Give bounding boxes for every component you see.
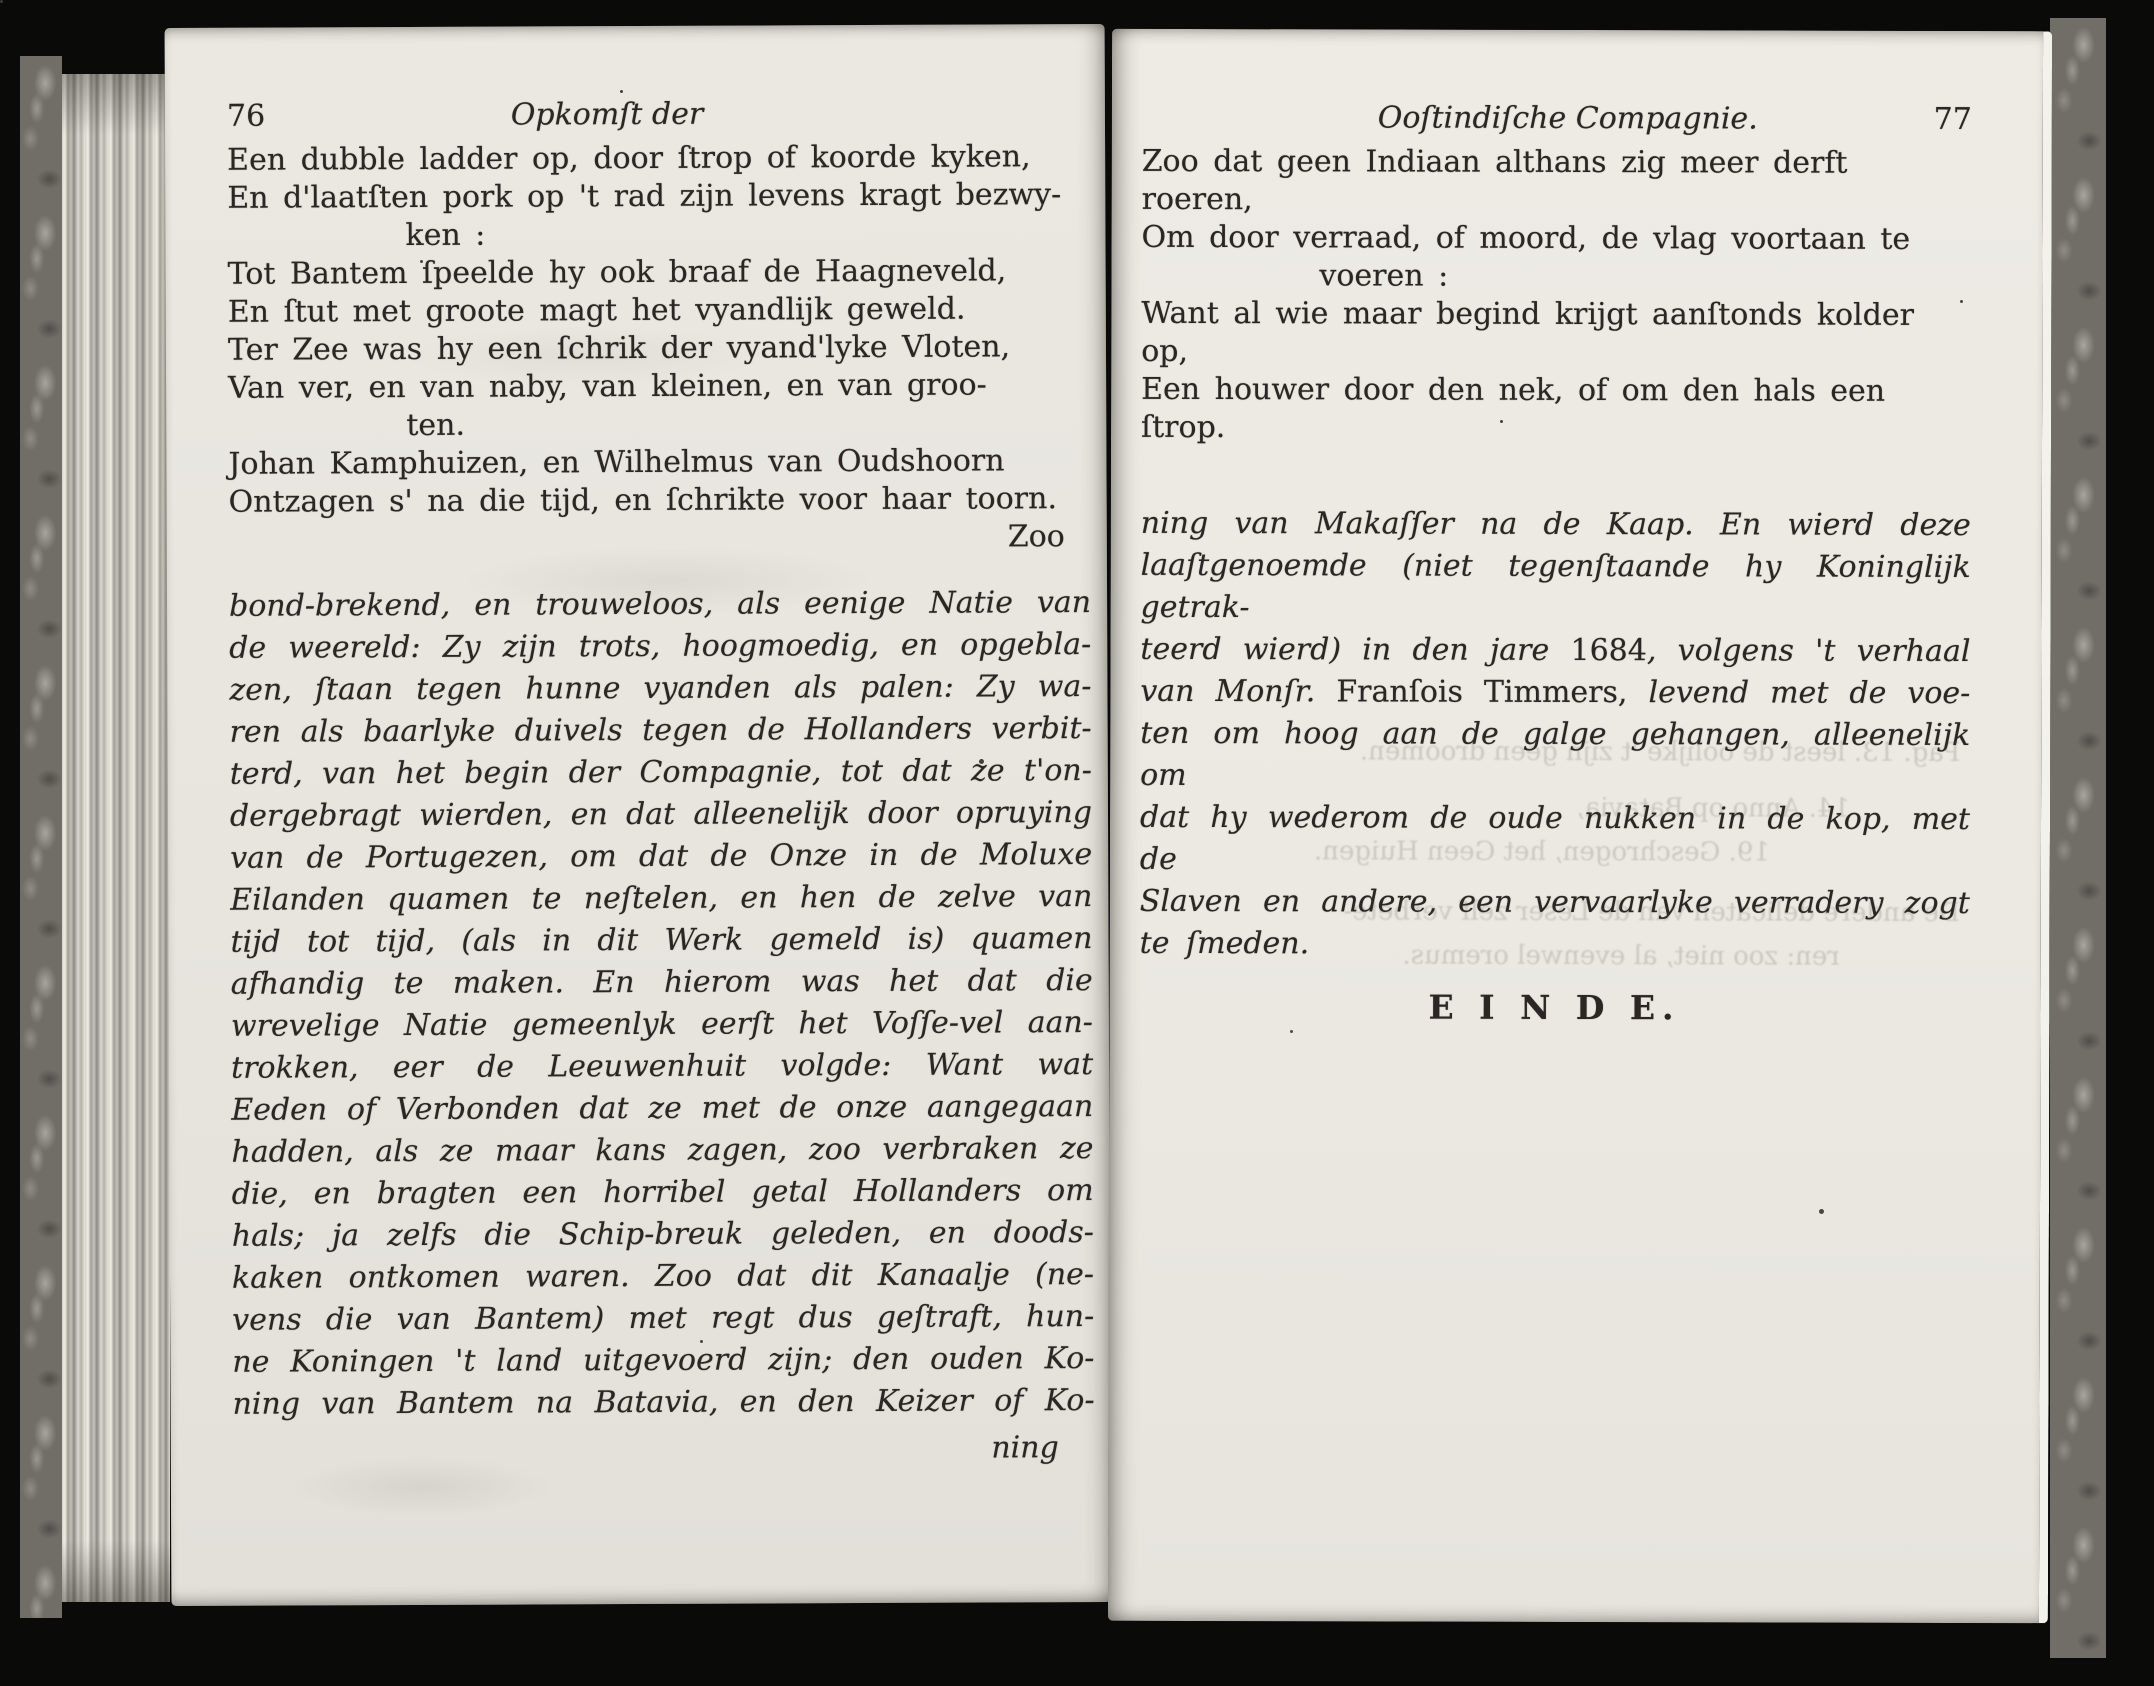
poem-line: ten.	[228, 404, 1090, 446]
dust-specks	[0, 0, 3, 3]
paragraph-line: ne Koningen 't land uitgevoerd zijn; den…	[232, 1338, 1094, 1384]
header-spacer	[949, 122, 1089, 123]
poem-line: Zoo	[229, 518, 1091, 560]
paragraph-line: hals; ja zelfs die Schip-breuk geleden, …	[232, 1212, 1094, 1258]
text-segment: , volgens 't verhaal	[1647, 633, 1971, 669]
poem-line: Om door verraad, of moord, de vlag voort…	[1141, 219, 1971, 259]
poem-line: Zoo dat geen Indiaan althans zig meer de…	[1142, 143, 1972, 221]
poem-line: Johan Kamphuizen, en Wilhelmus van Oudsh…	[228, 442, 1090, 484]
paragraph-line: teerd wierd) in den jare 1684, volgens '…	[1140, 629, 1970, 673]
paragraph-line: kaken ontkomen waren. Zoo dat dit Kanaal…	[232, 1254, 1094, 1300]
text-segment: Franſois Timmers,	[1336, 674, 1648, 710]
paragraph-line: die, en bragten een horribel getal Holla…	[232, 1170, 1094, 1216]
end-mark: E I N D E.	[1139, 987, 1969, 1028]
left-page-header: 76 Opkomſt der	[227, 96, 1089, 134]
poem-line: Een dubble ladder op, door ſtrop of koor…	[227, 138, 1089, 180]
marbled-cover-edge-left	[20, 56, 62, 1618]
paragraph-line: de weereld: Zy zijn trots, hoogmoedig, e…	[229, 624, 1091, 670]
right-running-title: Ooſtindiſche Compagnie.	[1202, 101, 1934, 137]
poem-line: Tot Bantem ſpeelde hy ook braaf de Haagn…	[228, 252, 1090, 294]
marbled-cover-edge-right	[2050, 18, 2106, 1658]
text-segment: teerd wierd) in den jare	[1140, 632, 1570, 668]
bleedthrough-ghost-text: Pag. 13. leest de oolijke 't zijn geen d…	[1150, 729, 1961, 979]
poem-line: En d'laatſten pork op 't rad zijn levens…	[227, 176, 1089, 218]
paragraph-line: ning van Makaſſer na de Kaap. En wierd d…	[1141, 503, 1971, 547]
poem-line: Een houwer door den nek, of om den hals …	[1141, 371, 1971, 449]
poem-line: Want al wie maar begind krijgt aanſtonds…	[1141, 295, 1971, 373]
paragraph-line: vens die van Bantem) met regt dus geſtra…	[232, 1296, 1094, 1342]
ghost-line: 19. Geschrogen, het Geen Huigen.	[1150, 829, 1960, 875]
right-poem: Zoo dat geen Indiaan althans zig meer de…	[1141, 143, 1972, 449]
paragraph-line: wrevelige Natie gemeenlyk eerſt het Voſſ…	[231, 1002, 1093, 1048]
ghost-line: Pag. 13. leest de oolijke 't zijn geen d…	[1150, 729, 1960, 775]
text-segment: 1684	[1570, 633, 1646, 668]
paragraph-line: tijd tot tijd, (als in dit Werk gemeld i…	[230, 918, 1092, 964]
poem-line: En ſtut met groote magt het vyandlijk ge…	[228, 290, 1090, 332]
poem-line: ken :	[227, 214, 1089, 256]
page-fan-edges	[62, 74, 170, 1602]
paragraph-line: ning van Bantem na Batavia, en den Keize…	[232, 1380, 1094, 1426]
paragraph-line: Eilanden quamen te neſtelen, en hen de z…	[230, 876, 1092, 922]
paragraph-line: Eeden of Verbonden dat ze met de onze aa…	[231, 1086, 1093, 1132]
left-paragraph: bond-brekend, en trouweloos, als eenige …	[229, 582, 1095, 1426]
paragraph-line: dergebragt wierden, en dat alleenelijk d…	[230, 792, 1092, 838]
left-page-number: 76	[227, 100, 265, 134]
text-segment: levend met de voe-	[1648, 675, 1970, 711]
paragraph-line: trokken, eer de Leeuwenhuit volgde: Want…	[231, 1044, 1093, 1090]
paragraph-line: afhandig te maken. En hierom was het dat…	[231, 960, 1093, 1006]
catchword: ning	[233, 1422, 1095, 1469]
left-running-title: Opkomſt der	[265, 97, 949, 134]
paragraph-line: terd, van het begin der Compagnie, tot d…	[230, 750, 1092, 796]
ghost-line: De andere delicaten van de Leser zelf ve…	[1150, 889, 1960, 935]
poem-line: Ter Zee was hy een ſchrik der vyand'lyke…	[228, 328, 1090, 370]
left-poem: Een dubble ladder op, door ſtrop of koor…	[227, 138, 1091, 560]
paragraph-line: ren als baarlyke duivels tegen de Hollan…	[230, 708, 1092, 754]
paragraph-line: laaſtgenoemde (niet tegenſtaande hy Koni…	[1141, 545, 1971, 631]
paragraph-line: hadden, als ze maar kans zagen, zoo verb…	[231, 1128, 1093, 1174]
right-page: Pag. 13. leest de oolijke 't zijn geen d…	[1108, 29, 2052, 1623]
ghost-line: 14. Anno op Batavia,	[1150, 785, 1960, 831]
book-scan-scene: 76 Opkomſt der Een dubble ladder op, doo…	[0, 0, 2154, 1686]
paragraph-line: van Monſr. Franſois Timmers, levend met …	[1140, 671, 1970, 715]
paragraph-line: van de Portugezen, om dat de Onze in de …	[230, 834, 1092, 880]
poem-line: Van ver, en van naby, van kleinen, en va…	[228, 366, 1090, 408]
left-page: 76 Opkomſt der Een dubble ladder op, doo…	[165, 24, 1112, 1606]
text-segment: van Monſr.	[1140, 674, 1336, 710]
poem-line: Ontzagen s' na die tijd, en ſchrikte voo…	[229, 480, 1091, 522]
right-page-number: 77	[1934, 103, 1972, 137]
paragraph-line: bond-brekend, en trouweloos, als eenige …	[229, 582, 1091, 628]
ghost-line: ren: zoo niet, al evenwel oremus.	[1150, 933, 1960, 979]
right-page-header: Ooſtindiſche Compagnie. 77	[1142, 101, 1972, 137]
poem-line: voeren :	[1141, 257, 1971, 297]
paragraph-line: zen, ſtaan tegen hunne vyanden als palen…	[229, 666, 1091, 712]
